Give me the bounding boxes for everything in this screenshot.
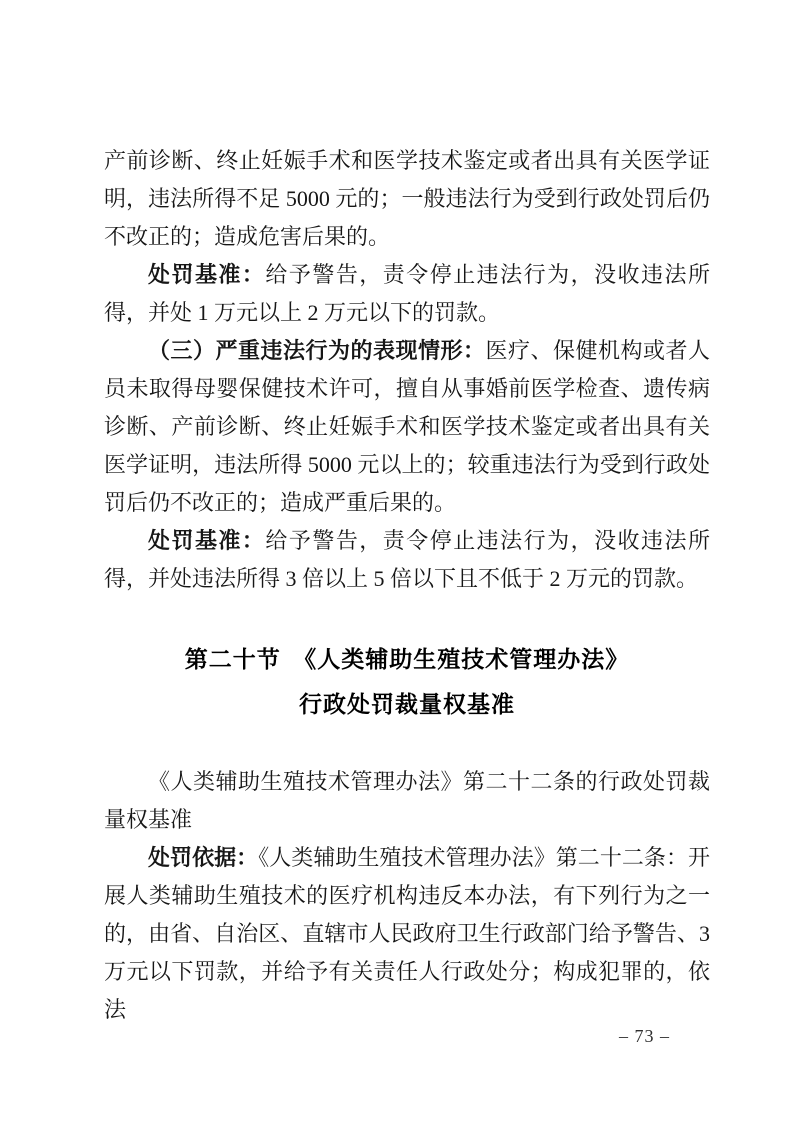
paragraph-text: 产前诊断、终止妊娠手术和医学技术鉴定或者出具有关医学证明，违法所得不足 5000… [104, 148, 710, 249]
paragraph-lead: 处罚基准： [148, 262, 265, 287]
paragraph-lead: 处罚基准： [148, 528, 265, 553]
paragraph-lead: （三）严重违法行为的表现情形： [148, 338, 485, 363]
paragraph-article-intro: 《人类辅助生殖技术管理办法》第二十二条的行政处罚裁量权基准 [104, 763, 710, 839]
paragraph-continuation: 产前诊断、终止妊娠手术和医学技术鉴定或者出具有关医学证明，违法所得不足 5000… [104, 142, 710, 256]
paragraph-text: 医疗、保健机构或者人员未取得母婴保健技术许可，擅自从事婚前医学检查、遗传病诊断、… [104, 338, 710, 515]
paragraph-text: 《人类辅助生殖技术管理办法》第二十二条的行政处罚裁量权基准 [104, 769, 710, 832]
paragraph-penalty-basis: 处罚依据：《人类辅助生殖技术管理办法》第二十二条：开展人类辅助生殖技术的医疗机构… [104, 839, 710, 1029]
section-heading-line1: 第二十节 《人类辅助生殖技术管理办法》 [104, 637, 710, 682]
paragraph-serious-violation: （三）严重违法行为的表现情形：医疗、保健机构或者人员未取得母婴保健技术许可，擅自… [104, 332, 710, 522]
page-content: 产前诊断、终止妊娠手术和医学技术鉴定或者出具有关医学证明，违法所得不足 5000… [104, 142, 710, 1029]
document-page: 产前诊断、终止妊娠手术和医学技术鉴定或者出具有关医学证明，违法所得不足 5000… [0, 0, 794, 1122]
page-number: – 73 – [619, 1026, 670, 1046]
paragraph-penalty-standard-2: 处罚基准：给予警告，责令停止违法行为，没收违法所得，并处违法所得 3 倍以上 5… [104, 522, 710, 598]
section-heading: 第二十节 《人类辅助生殖技术管理办法》 行政处罚裁量权基准 [104, 637, 710, 727]
paragraph-penalty-standard-1: 处罚基准：给予警告，责令停止违法行为，没收违法所得，并处 1 万元以上 2 万元… [104, 256, 710, 332]
paragraph-text: 《人类辅助生殖技术管理办法》第二十二条：开展人类辅助生殖技术的医疗机构违反本办法… [104, 845, 710, 1022]
paragraph-lead: 处罚依据： [148, 845, 258, 870]
section-heading-line2: 行政处罚裁量权基准 [104, 682, 710, 727]
